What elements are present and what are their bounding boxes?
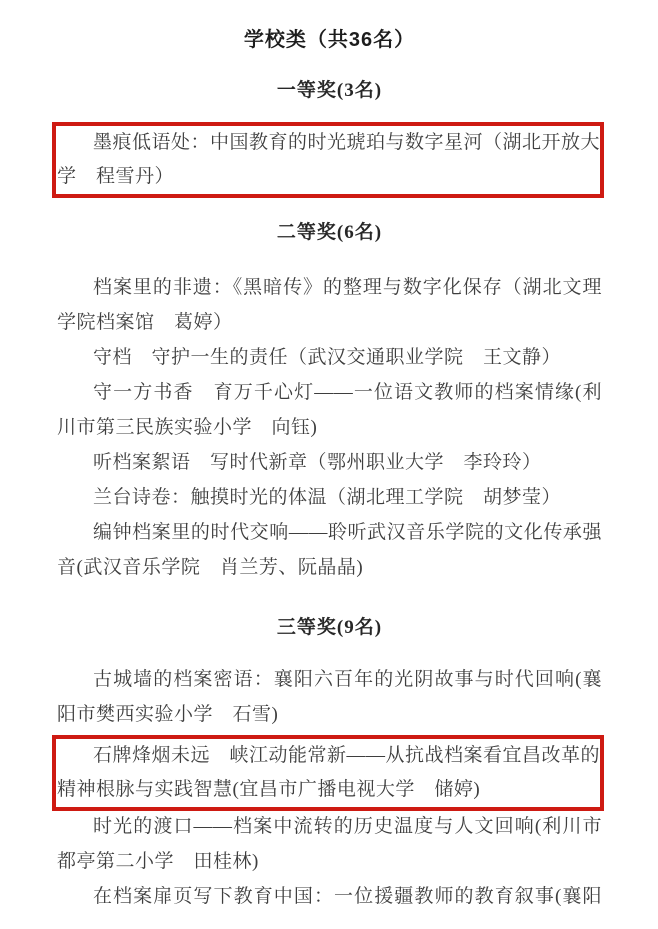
award-document: 学校类（共36名） 一等奖(3名)墨痕低语处：中国教育的时光琥珀与数字星河（湖北… — [57, 0, 602, 929]
entry-line: 守档 守护一生的责任（武汉交通职业学院 王文静） — [57, 340, 602, 375]
entry-line: 石牌烽烟未远 峡江动能常新——从抗战档案看宜昌改革的 — [57, 739, 600, 773]
entry-line: 学 程雪丹） — [57, 160, 600, 194]
entry-line: 都亭第二小学 田桂林) — [57, 844, 602, 879]
entry-line: 川市第三民族实验小学 向钰) — [57, 410, 602, 445]
entry-line: 墨痕低语处：中国教育的时光琥珀与数字星河（湖北开放大 — [57, 126, 600, 160]
award-tier-heading: 三等奖(9名) — [57, 615, 602, 641]
entry-line: 守一方书香 育万千心灯——一位语文教师的档案情缘(利 — [57, 375, 602, 410]
award-entry: 守一方书香 育万千心灯——一位语文教师的档案情缘(利川市第三民族实验小学 向钰) — [57, 375, 602, 445]
award-entry: 听档案絮语 写时代新章（鄂州职业大学 李玲玲） — [57, 445, 602, 480]
award-tier-heading: 一等奖(3名) — [57, 78, 602, 104]
entry-line: 古城墙的档案密语：襄阳六百年的光阴故事与时代回响(襄 — [57, 662, 602, 697]
award-entry: 时光的渡口——档案中流转的历史温度与人文回响(利川市都亭第二小学 田桂林) — [57, 809, 602, 879]
entry-line: 在档案扉页写下教育中国：一位援疆教师的教育叙事(襄阳 — [57, 879, 602, 914]
document-title: 学校类（共36名） — [57, 27, 602, 53]
award-entry-highlighted: 墨痕低语处：中国教育的时光琥珀与数字星河（湖北开放大学 程雪丹） — [52, 122, 604, 198]
award-entry: 古城墙的档案密语：襄阳六百年的光阴故事与时代回响(襄阳市樊西实验小学 石雪) — [57, 662, 602, 732]
award-entry: 兰台诗卷：触摸时光的体温（湖北理工学院 胡梦莹） — [57, 480, 602, 515]
award-entry: 在档案扉页写下教育中国：一位援疆教师的教育叙事(襄阳 — [57, 879, 602, 914]
entry-line: 学院档案馆 葛婷） — [57, 305, 602, 340]
award-entry: 档案里的非遗：《黑暗传》的整理与数字化保存（湖北文理学院档案馆 葛婷） — [57, 270, 602, 340]
award-entry-highlighted: 石牌烽烟未远 峡江动能常新——从抗战档案看宜昌改革的精神根脉与实践智慧(宜昌市广… — [52, 735, 604, 811]
entry-line: 听档案絮语 写时代新章（鄂州职业大学 李玲玲） — [57, 445, 602, 480]
entry-line: 精神根脉与实践智慧(宜昌市广播电视大学 储婷) — [57, 773, 600, 807]
entry-line: 兰台诗卷：触摸时光的体温（湖北理工学院 胡梦莹） — [57, 480, 602, 515]
entry-line: 阳市樊西实验小学 石雪) — [57, 697, 602, 732]
award-tier-heading: 二等奖(6名) — [57, 220, 602, 246]
entry-line: 时光的渡口——档案中流转的历史温度与人文回响(利川市 — [57, 809, 602, 844]
entry-line: 档案里的非遗：《黑暗传》的整理与数字化保存（湖北文理 — [57, 270, 602, 305]
entry-line: 编钟档案里的时代交响——聆听武汉音乐学院的文化传承强 — [57, 515, 602, 550]
award-entry: 编钟档案里的时代交响——聆听武汉音乐学院的文化传承强音(武汉音乐学院 肖兰芳、阮… — [57, 515, 602, 585]
entry-line: 音(武汉音乐学院 肖兰芳、阮晶晶) — [57, 550, 602, 585]
award-entry: 守档 守护一生的责任（武汉交通职业学院 王文静） — [57, 340, 602, 375]
